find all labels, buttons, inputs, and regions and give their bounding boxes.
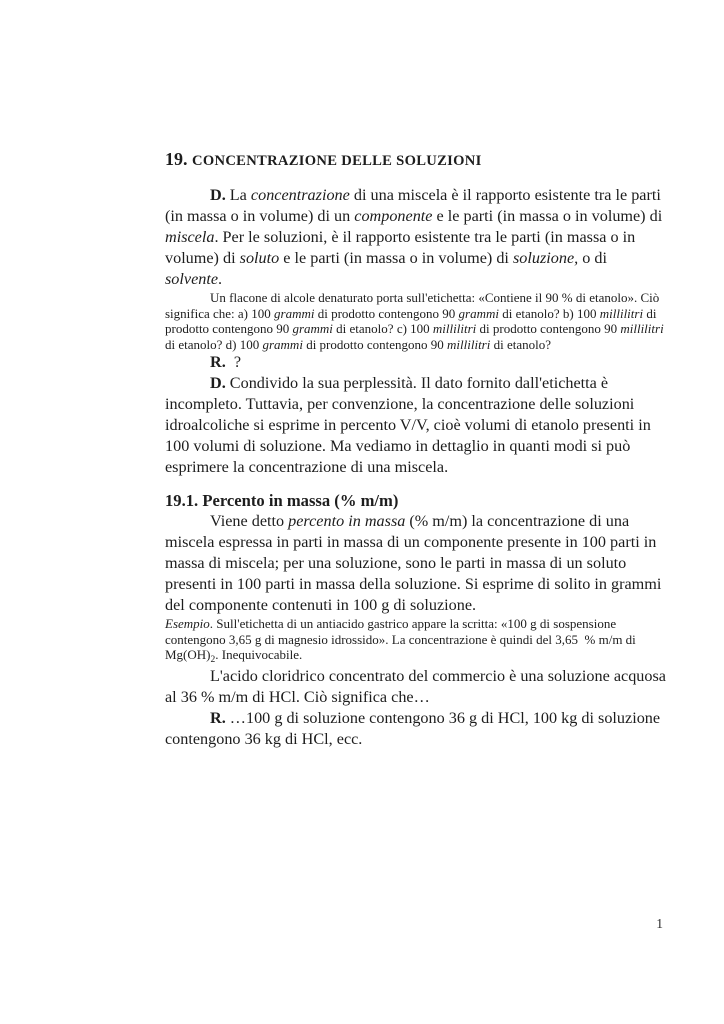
paragraph-hcl: L'acido cloridrico concentrato del comme… (165, 666, 666, 708)
paragraph-discussion: D. Condivido la sua perplessità. Il dato… (165, 373, 666, 478)
section-heading: 19.1. Percento in massa (% m/m) (165, 490, 666, 511)
chapter-heading: 19. CONCENTRAZIONE DELLE SOLUZIONI (165, 144, 666, 171)
paragraph-percent-mass: Viene detto percento in massa (% m/m) la… (165, 511, 666, 616)
paragraph-definition: D. La concentrazione di una miscela è il… (165, 185, 666, 290)
document-body: 19. CONCENTRAZIONE DELLE SOLUZIONI D. La… (165, 144, 666, 750)
page-number: 1 (656, 916, 663, 932)
document-page: 19. CONCENTRAZIONE DELLE SOLUZIONI D. La… (0, 0, 724, 1024)
paragraph-response-final: R. …100 g di soluzione contengono 36 g d… (165, 708, 666, 750)
paragraph-exercise-small: Un flacone di alcole denaturato porta su… (165, 290, 666, 352)
paragraph-example-small: Esempio. Sull'etichetta di un antiacido … (165, 616, 666, 666)
paragraph-response-question: R. ? (165, 352, 666, 373)
